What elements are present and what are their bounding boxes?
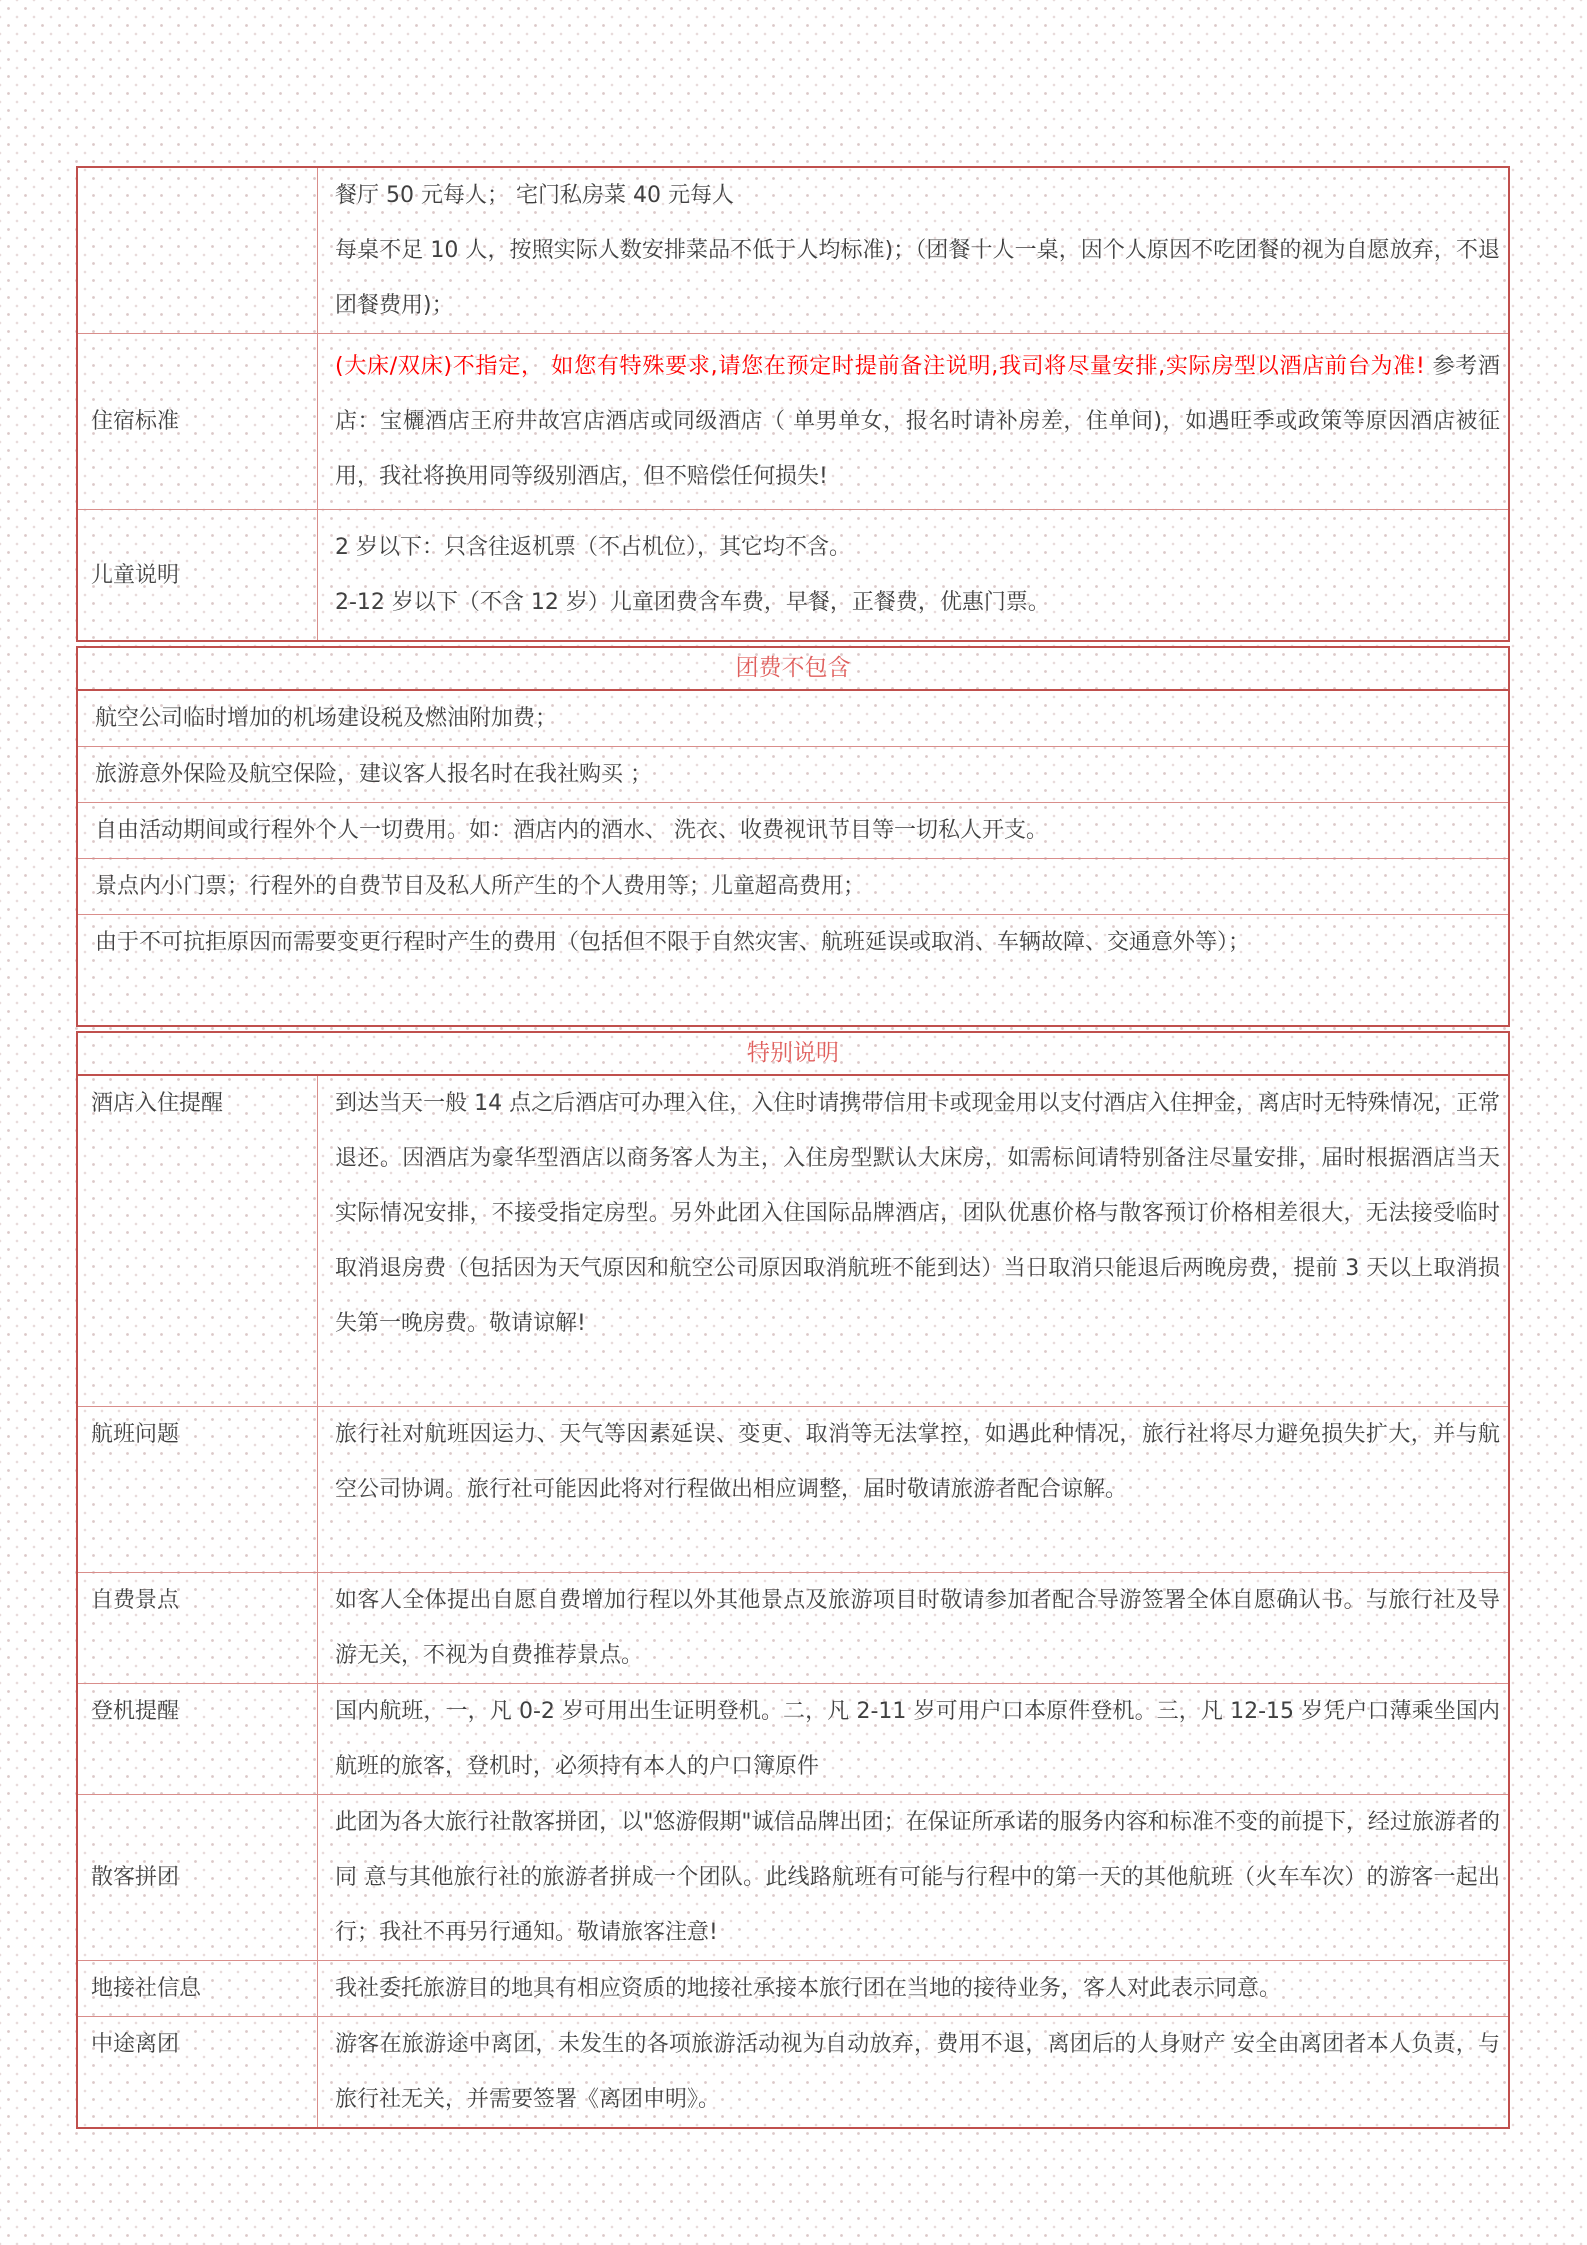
- children-line-2: 2-12 岁以下（不含 12 岁）儿童团费含车费，早餐，正餐费，优惠门票。: [335, 575, 1500, 630]
- table-row: 自费景点 如客人全体提出自愿自费增加行程以外其他景点及旅游项目时敬请参加者配合导…: [77, 1573, 1509, 1684]
- row-label-group-merge: 散客拼团: [77, 1795, 318, 1961]
- table-row: 餐厅 50 元每人； 宅门私房菜 40 元每人 每桌不足 10 人，按照实际人数…: [77, 167, 1509, 334]
- row-label-flight-issues: 航班问题: [77, 1407, 318, 1573]
- table-row: 地接社信息 我社委托旅游目的地具有相应资质的地接社承接本旅行团在当地的接待业务，…: [77, 1961, 1509, 2017]
- list-item: 旅游意外保险及航空保险，建议客人报名时在我社购买 ；: [77, 747, 1509, 803]
- list-item: 航空公司临时增加的机场建设税及燃油附加费；: [77, 690, 1509, 747]
- meals-line-1: 餐厅 50 元每人； 宅门私房菜 40 元每人: [335, 168, 1500, 223]
- row-label-children: 儿童说明: [77, 510, 318, 642]
- row-label-optional-tours: 自费景点: [77, 1573, 318, 1684]
- page: { "colors": { "text": "#404040", "highli…: [0, 0, 1587, 2245]
- fee-item-text: 旅游意外保险及航空保险，建议客人报名时在我社购买 ；: [77, 747, 1509, 803]
- meals-line-2: 每桌不足 10 人，按照实际人数安排菜品不低于人均标准)；（团餐十人一桌，因个人…: [335, 223, 1500, 333]
- row-label-lodging: 住宿标准: [77, 334, 318, 510]
- table-row: 中途离团 游客在旅游途中离团，未发生的各项旅游活动视为自动放弃，费用不退，离团后…: [77, 2017, 1509, 2129]
- table-row: 住宿标准 (大床/双床)不指定， 如您有特殊要求,请您在预定时提前备注说明,我司…: [77, 334, 1509, 510]
- row-label-boarding-reminder: 登机提醒: [77, 1684, 318, 1795]
- row-content-meals: 餐厅 50 元每人； 宅门私房菜 40 元每人 每桌不足 10 人，按照实际人数…: [318, 167, 1510, 334]
- fee-item-text: 航空公司临时增加的机场建设税及燃油附加费；: [77, 690, 1509, 747]
- row-content-group-merge: 此团为各大旅行社散客拼团，以"悠游假期"诚信品牌出团；在保证所承诺的服务内容和标…: [318, 1795, 1510, 1961]
- fees-not-included-table: 航空公司临时增加的机场建设税及燃油附加费； 旅游意外保险及航空保险，建议客人报名…: [76, 689, 1510, 1027]
- table-row: 散客拼团 此团为各大旅行社散客拼团，以"悠游假期"诚信品牌出团；在保证所承诺的服…: [77, 1795, 1509, 1961]
- row-label-local-agency: 地接社信息: [77, 1961, 318, 2017]
- row-content-local-agency: 我社委托旅游目的地具有相应资质的地接社承接本旅行团在当地的接待业务，客人对此表示…: [318, 1961, 1510, 2017]
- table-row: 酒店入住提醒 到达当天一般 14 点之后酒店可办理入住，入住时请携带信用卡或现金…: [77, 1075, 1509, 1407]
- fee-item-text: 由于不可抗拒原因而需要变更行程时产生的费用（包括但不限于自然灾害、航班延误或取消…: [77, 915, 1509, 1027]
- list-item: 景点内小门票；行程外的自费节目及私人所产生的个人费用等；儿童超高费用；: [77, 859, 1509, 915]
- row-label-empty: [77, 167, 318, 334]
- list-item: 由于不可抗拒原因而需要变更行程时产生的费用（包括但不限于自然灾害、航班延误或取消…: [77, 915, 1509, 1027]
- section-title-special-notes: 特别说明: [76, 1031, 1510, 1074]
- row-content-hotel-checkin: 到达当天一般 14 点之后酒店可办理入住，入住时请携带信用卡或现金用以支付酒店入…: [318, 1075, 1510, 1407]
- table-row: 儿童说明 2 岁以下：只含往返机票（不占机位），其它均不含。 2-12 岁以下（…: [77, 510, 1509, 642]
- table-row: 登机提醒 国内航班，一，凡 0-2 岁可用出生证明登机。二，凡 2-11 岁可用…: [77, 1684, 1509, 1795]
- fee-item-text: 自由活动期间或行程外个人一切费用。如：酒店内的酒水、 洗衣、收费视讯节目等一切私…: [77, 803, 1509, 859]
- list-item: 自由活动期间或行程外个人一切费用。如：酒店内的酒水、 洗衣、收费视讯节目等一切私…: [77, 803, 1509, 859]
- info-table: 餐厅 50 元每人； 宅门私房菜 40 元每人 每桌不足 10 人，按照实际人数…: [76, 166, 1510, 642]
- row-content-optional-tours: 如客人全体提出自愿自费增加行程以外其他景点及旅游项目时敬请参加者配合导游签署全体…: [318, 1573, 1510, 1684]
- row-content-leave-midway: 游客在旅游途中离团，未发生的各项旅游活动视为自动放弃，费用不退，离团后的人身财产…: [318, 2017, 1510, 2129]
- row-content-lodging: (大床/双床)不指定， 如您有特殊要求,请您在预定时提前备注说明,我司将尽量安排…: [318, 334, 1510, 510]
- row-label-leave-midway: 中途离团: [77, 2017, 318, 2129]
- itinerary-document: 餐厅 50 元每人； 宅门私房菜 40 元每人 每桌不足 10 人，按照实际人数…: [76, 166, 1510, 2129]
- row-content-boarding-reminder: 国内航班，一，凡 0-2 岁可用出生证明登机。二，凡 2-11 岁可用户口本原件…: [318, 1684, 1510, 1795]
- children-line-1: 2 岁以下：只含往返机票（不占机位），其它均不含。: [335, 520, 1500, 575]
- row-label-hotel-checkin: 酒店入住提醒: [77, 1075, 318, 1407]
- section-title-fees-not-included: 团费不包含: [76, 646, 1510, 689]
- table-row: 航班问题 旅行社对航班因运力、天气等因素延误、变更、取消等无法掌控，如遇此种情况…: [77, 1407, 1509, 1573]
- special-notes-table: 酒店入住提醒 到达当天一般 14 点之后酒店可办理入住，入住时请携带信用卡或现金…: [76, 1074, 1510, 2129]
- row-content-children: 2 岁以下：只含往返机票（不占机位），其它均不含。 2-12 岁以下（不含 12…: [318, 510, 1510, 642]
- fee-item-text: 景点内小门票；行程外的自费节目及私人所产生的个人费用等；儿童超高费用；: [77, 859, 1509, 915]
- row-content-flight-issues: 旅行社对航班因运力、天气等因素延误、变更、取消等无法掌控，如遇此种情况，旅行社将…: [318, 1407, 1510, 1573]
- lodging-warning-text: (大床/双床)不指定， 如您有特殊要求,请您在预定时提前备注说明,我司将尽量安排…: [335, 354, 1425, 379]
